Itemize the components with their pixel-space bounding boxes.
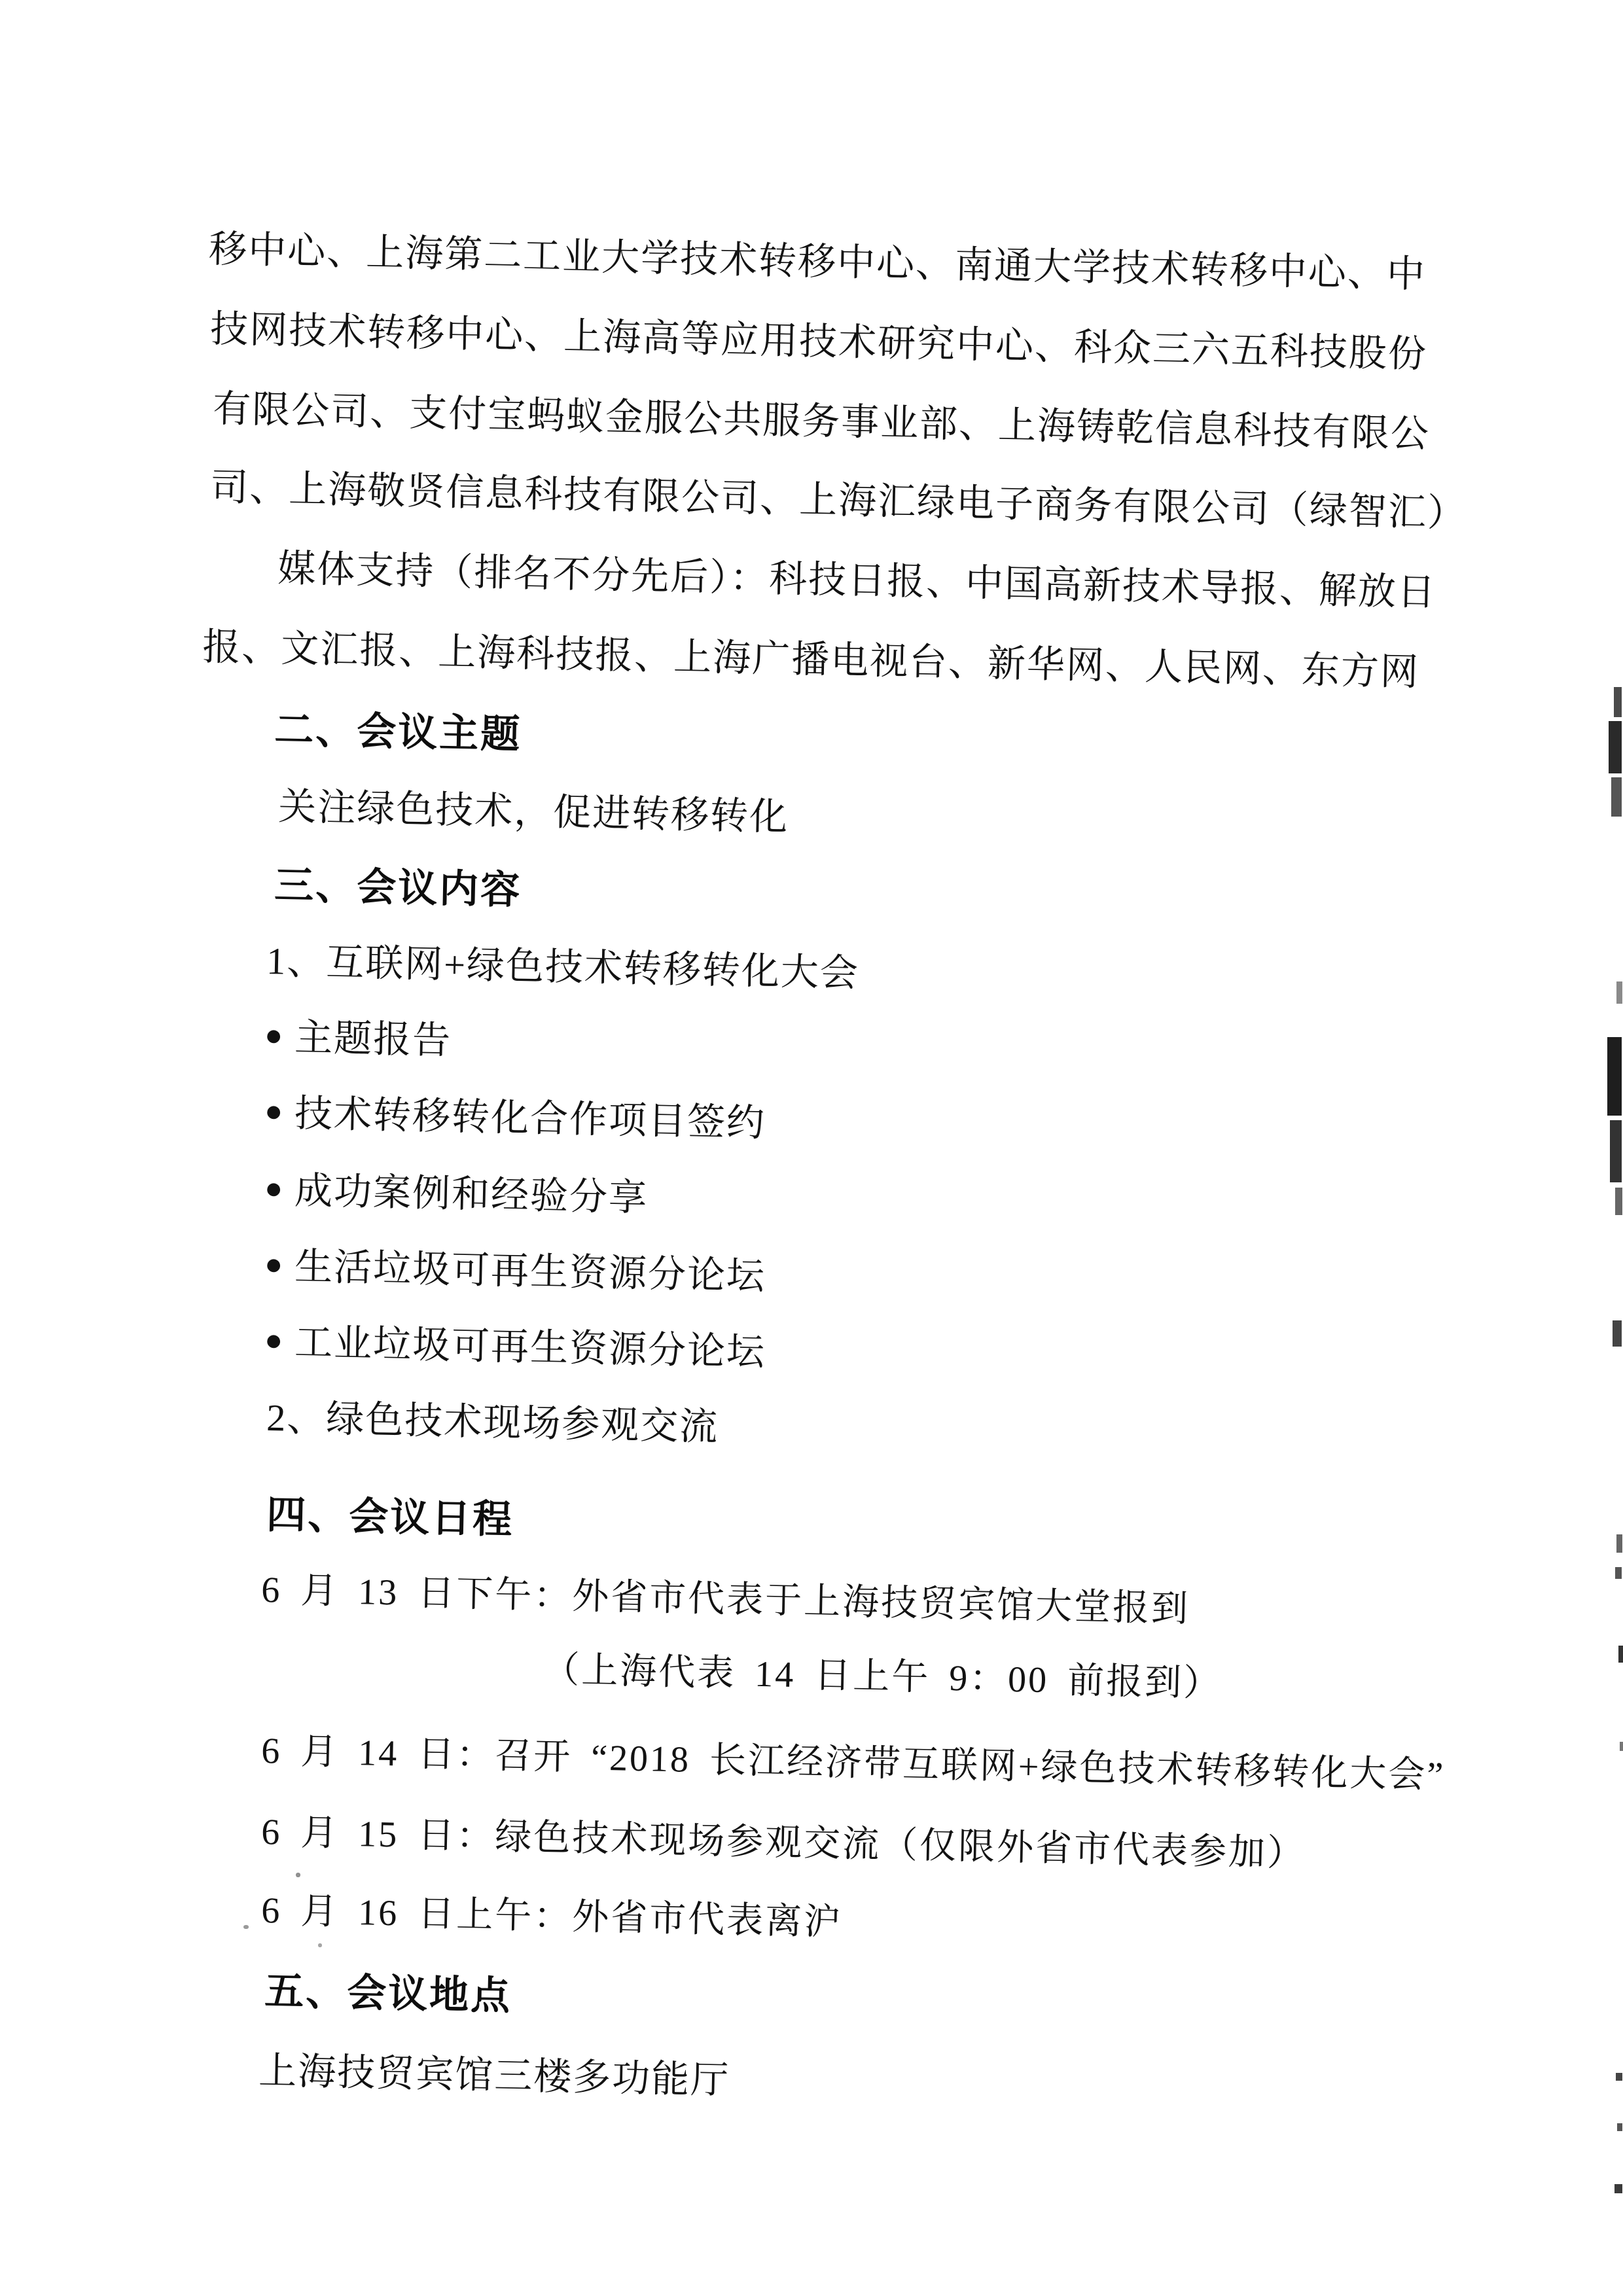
scan-artifact xyxy=(1610,1120,1622,1182)
scan-artifact xyxy=(1613,1320,1622,1347)
media-support-line-1: 媒体支持（排名不分先后）：科技日报、中国高新技术导报、解放日 xyxy=(277,547,1437,615)
bullet-icon: ● xyxy=(264,1247,283,1282)
content-bullet-4: ●生活垃圾可再生资源分论坛 xyxy=(264,1245,766,1299)
scanned-document-page: 移中心、上海第二工业大学技术转移中心、南通大学技术转移中心、中 技网技术转移中心… xyxy=(0,0,1623,2296)
scan-artifact xyxy=(1615,1188,1622,1215)
content-bullet-3-label: 成功案例和经验分享 xyxy=(294,1169,648,1219)
schedule-line-jun15: 6 月 15 日：绿色技术现场参观交流（仅限外省市代表参加） xyxy=(261,1811,1306,1875)
bullet-icon: ● xyxy=(264,1094,283,1129)
content-item-1: 1、互联网+绿色技术转移转化大会 xyxy=(266,940,860,996)
schedule-line-jun14: 6 月 14 日：召开 “2018 长江经济带互联网+绿色技术转移转化大会” xyxy=(261,1730,1446,1797)
scan-artifact xyxy=(1614,687,1622,717)
section-heading-3-meeting-content: 三、会议内容 xyxy=(274,862,522,913)
content-bullet-1: ●主题报告 xyxy=(264,1016,452,1063)
scan-artifact xyxy=(296,1873,300,1877)
scan-artifact xyxy=(1609,721,1622,773)
content-bullet-1-label: 主题报告 xyxy=(294,1016,452,1062)
scan-artifact xyxy=(1617,2123,1622,2131)
scan-artifact xyxy=(243,1925,249,1929)
scan-artifact xyxy=(318,1943,322,1947)
schedule-line-jun13-note: （上海代表 14 日上午 9：00 前报到） xyxy=(543,1649,1222,1705)
scan-artifact xyxy=(1618,1646,1623,1663)
section-heading-2-meeting-theme: 二、会议主题 xyxy=(274,707,522,757)
scan-artifact xyxy=(1616,2073,1622,2081)
content-bullet-3: ●成功案例和经验分享 xyxy=(264,1169,649,1220)
sponsor-list-line-4: 司、上海敬贤信息科技有限公司、上海汇绿电子商务有限公司（绿智汇） xyxy=(210,466,1467,536)
scan-artifact xyxy=(1611,777,1622,817)
schedule-line-jun16: 6 月 16 日上午：外省市代表离沪 xyxy=(261,1890,843,1944)
scan-artifact xyxy=(1607,1037,1622,1116)
media-support-line-2: 报、文汇报、上海科技报、上海广播电视台、新华网、人民网、东方网 xyxy=(202,626,1420,695)
content-bullet-5: ●工业垃圾可再生资源分论坛 xyxy=(264,1320,766,1375)
bullet-icon: ● xyxy=(264,1323,283,1358)
content-bullet-2: ●技术转移转化合作项目签约 xyxy=(264,1091,766,1146)
scan-artifact xyxy=(1616,981,1622,1004)
content-item-2: 2、绿色技术现场参观交流 xyxy=(266,1396,719,1449)
venue-line: 上海技贸宾馆三楼多功能厅 xyxy=(259,2049,730,2103)
schedule-line-jun13: 6 月 13 日下午：外省市代表于上海技贸宾馆大堂报到 xyxy=(261,1569,1190,1631)
scan-artifact xyxy=(1616,1534,1622,1553)
content-bullet-4-label: 生活垃圾可再生资源分论坛 xyxy=(294,1245,766,1298)
section-heading-5-meeting-venue: 五、会议地点 xyxy=(264,1968,512,2019)
section-heading-4-meeting-schedule: 四、会议日程 xyxy=(266,1492,514,1542)
scan-artifact xyxy=(1614,2184,1622,2193)
content-bullet-5-label: 工业垃圾可再生资源分论坛 xyxy=(294,1321,766,1373)
sponsor-list-line-3: 有限公司、支付宝蚂蚁金服公共服务事业部、上海铸乾信息科技有限公 xyxy=(213,387,1431,457)
scan-artifact xyxy=(1615,1567,1622,1579)
sponsor-list-line-2: 技网技术转移中心、上海高等应用技术研究中心、科众三六五科技股份 xyxy=(210,308,1428,377)
content-bullet-2-label: 技术转移转化合作项目签约 xyxy=(294,1092,766,1144)
bullet-icon: ● xyxy=(264,1171,283,1206)
scan-artifact xyxy=(1620,1742,1623,1751)
sponsor-list-line-1: 移中心、上海第二工业大学技术转移中心、南通大学技术转移中心、中 xyxy=(209,228,1427,297)
bullet-icon: ● xyxy=(264,1018,283,1053)
meeting-theme-line: 关注绿色技术，促进转移转化 xyxy=(278,785,789,839)
